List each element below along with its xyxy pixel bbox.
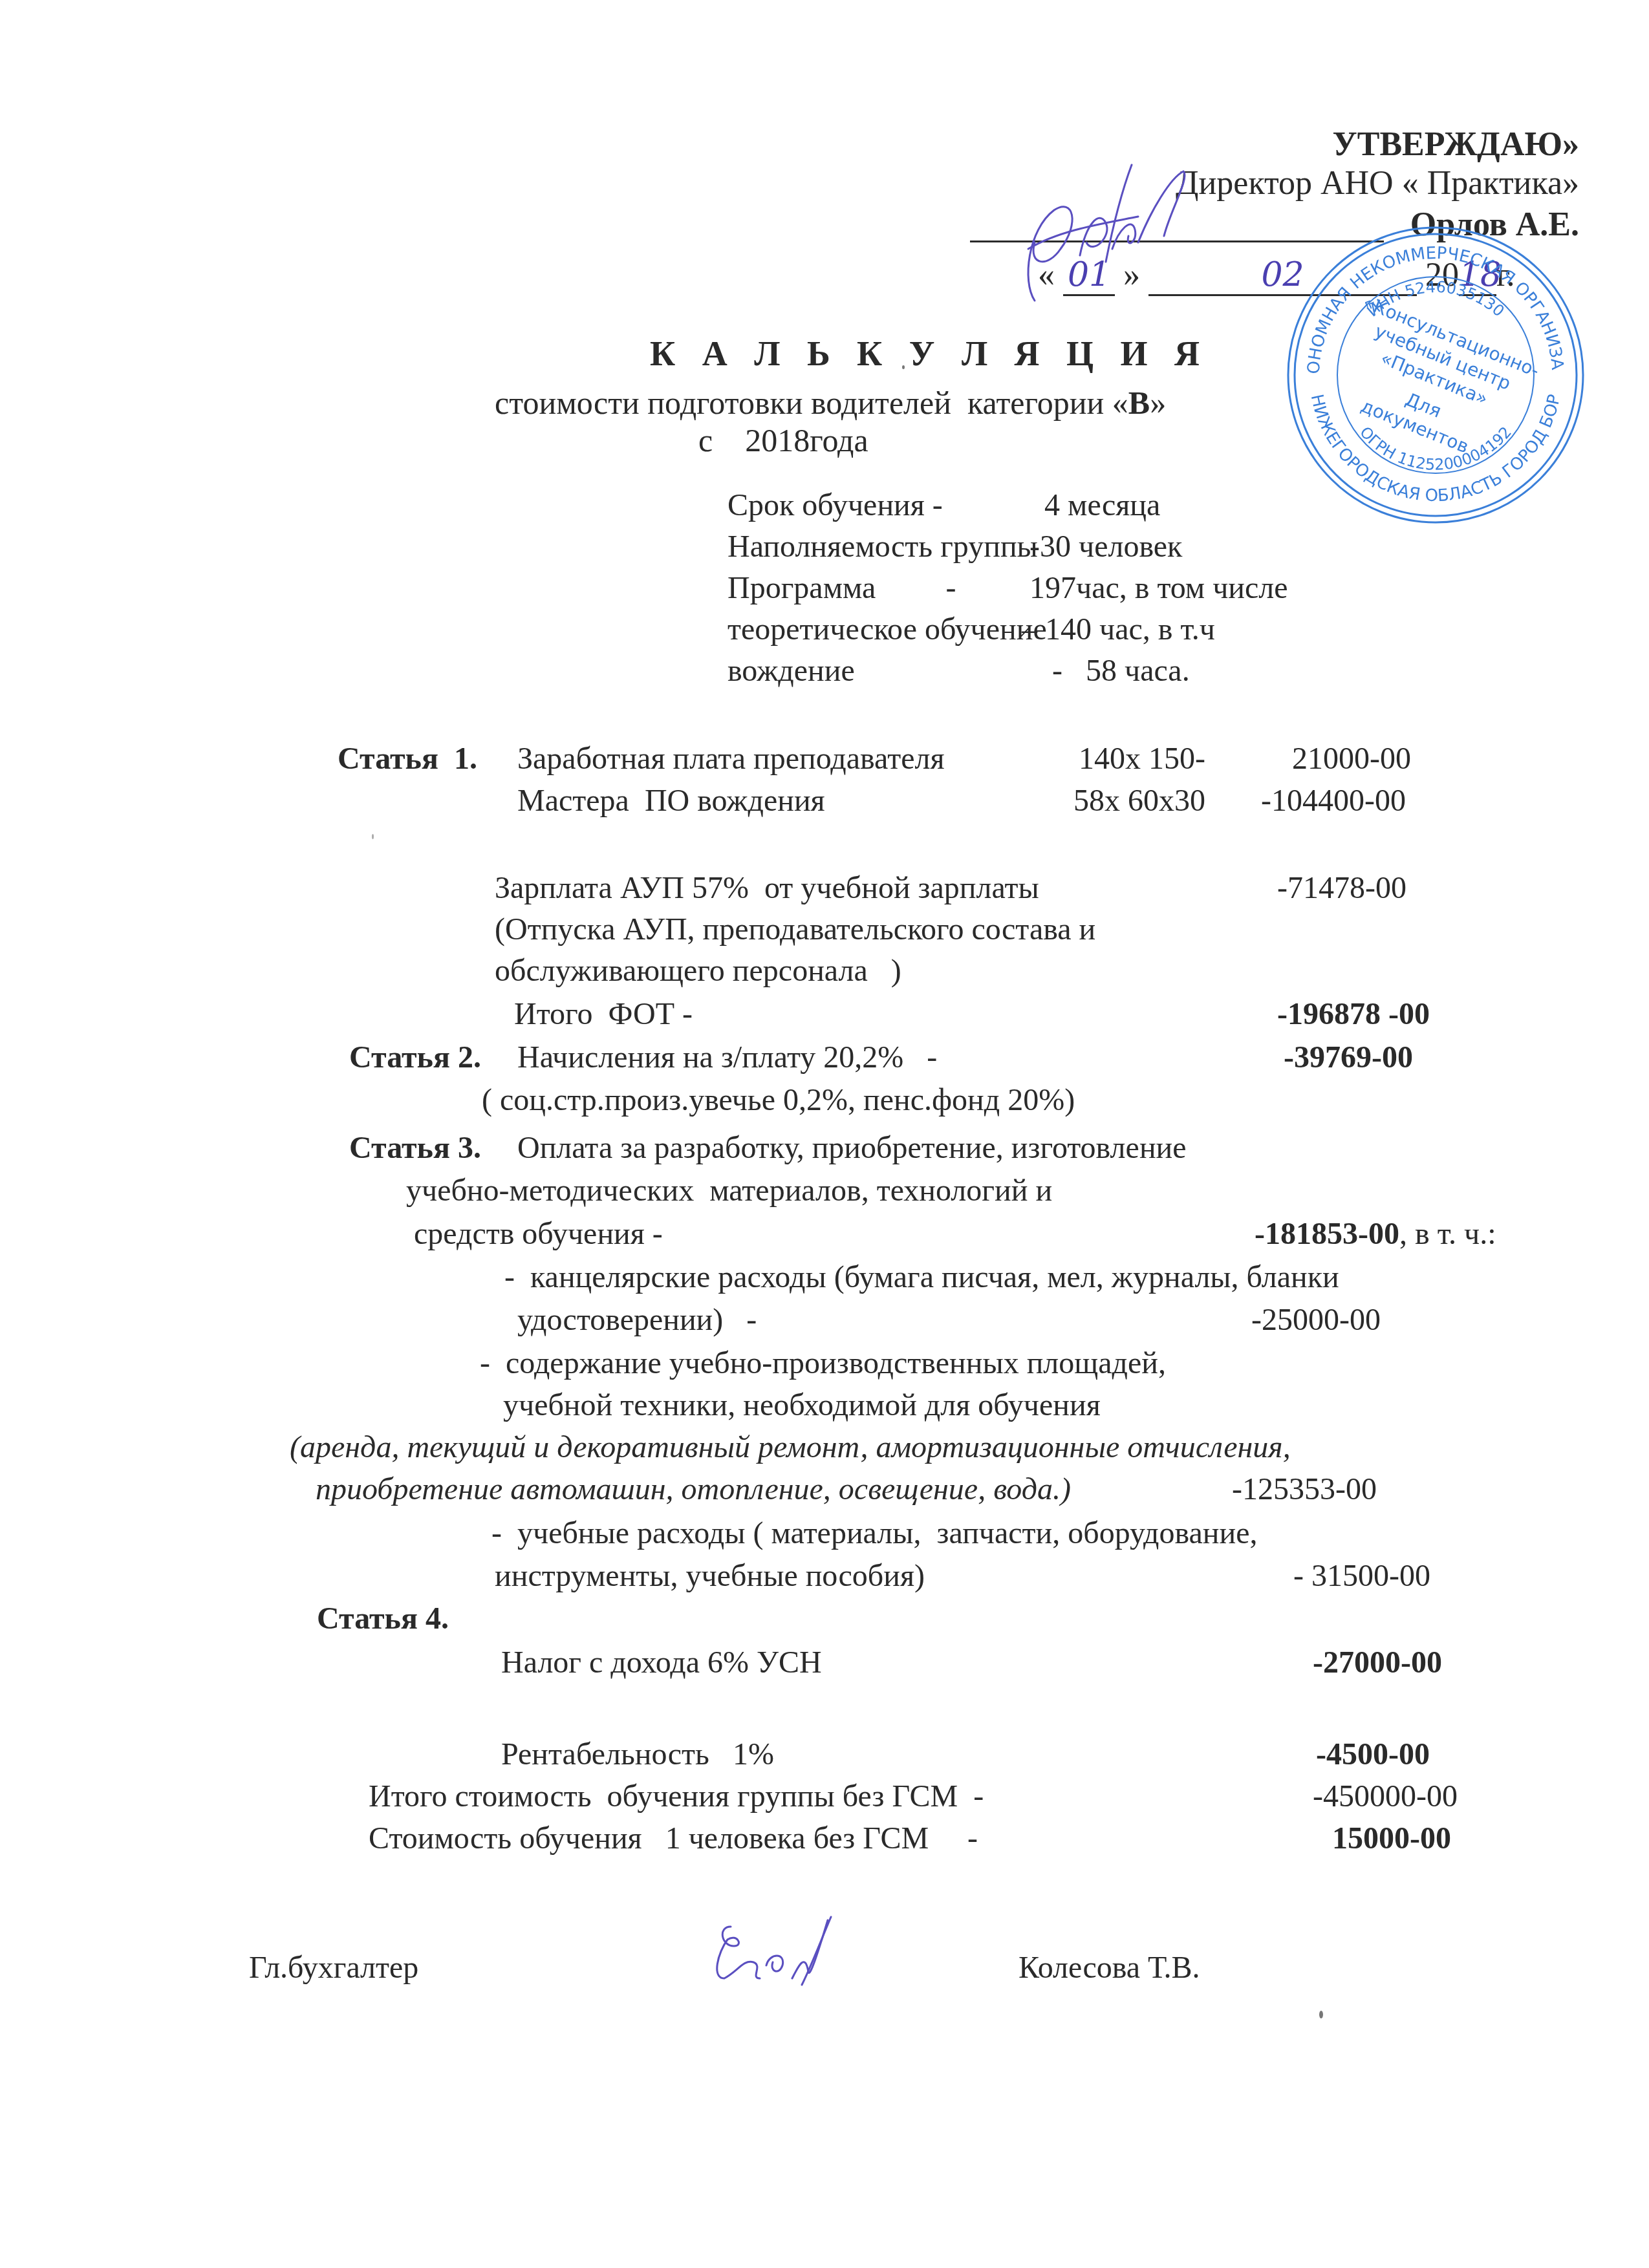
article-1-aup-label: Зарплата АУП 57% от учебной зарплаты	[495, 873, 1039, 904]
article-3-study-2: инструменты, учебные пособия)	[495, 1561, 925, 1592]
article-3-label: Статья 3.	[349, 1133, 481, 1164]
article-3-office-1: - канцелярские расходы (бумага писчая, м…	[504, 1262, 1339, 1293]
article-2-note: ( соц.стр.произ.увечье 0,2%, пенс.фонд 2…	[482, 1085, 1075, 1116]
param-value-theory: – 140 час, в т.ч	[1022, 614, 1215, 645]
param-label-duration: Срок обучения -	[727, 490, 943, 521]
approval-title: УТВЕРЖДАЮ»	[1333, 128, 1579, 162]
scan-speck	[372, 834, 374, 839]
footer-role: Гл.бухгалтер	[249, 1952, 418, 1984]
article-3-study-1: - учебные расходы ( материалы, запчасти,…	[491, 1518, 1257, 1549]
organization-stamp-icon: АВТОНОМНАЯ НЕКОММЕРЧЕСКАЯ ОРГАНИЗАЦИЯ НИ…	[1284, 223, 1588, 527]
article-3-amount: -181853-00, в т. ч.:	[1255, 1219, 1496, 1250]
scan-speck	[1319, 2011, 1323, 2018]
scan-speck	[902, 365, 905, 369]
article-1-aup-note-2: обслуживающего персонала )	[495, 956, 901, 987]
article-3-premises-amount: -125353-00	[1232, 1474, 1377, 1505]
document-title: К А Л Ь К У Л Я Ц И Я	[650, 336, 1209, 371]
article-1-label: Статья 1.	[338, 744, 477, 775]
footer-name: Колесова Т.В.	[1018, 1952, 1200, 1984]
article-3-text-3: средств обучения -	[414, 1219, 663, 1250]
article-3-premises-3: (аренда, текущий и декоративный ремонт, …	[290, 1432, 1291, 1463]
param-label-group-size: Наполняемость группы	[727, 531, 1038, 562]
article-3-office-2: удостоверении) -	[517, 1305, 757, 1336]
director-signature-icon	[1009, 152, 1196, 314]
param-label-program: Программа -	[727, 573, 956, 604]
article-4-profit-label: Рентабельность 1%	[501, 1739, 774, 1770]
article-3-study-amount: - 31500-00	[1293, 1561, 1430, 1592]
total-person-amount: 15000-00	[1332, 1823, 1451, 1854]
article-1-master-calc: 58х 60х30	[1073, 786, 1205, 817]
article-4-tax-label: Налог с дохода 6% УСН	[501, 1647, 822, 1678]
article-3-text-2: учебно-методических материалов, технолог…	[406, 1175, 1052, 1206]
param-value-group-size: -30 человек	[1029, 531, 1182, 562]
param-value-duration: 4 месяца	[1044, 490, 1160, 521]
article-2-amount: -39769-00	[1284, 1042, 1413, 1073]
article-1-total-amount: -196878 -00	[1277, 999, 1430, 1030]
article-1-aup-note-1: (Отпуска АУП, преподавательского состава…	[495, 914, 1095, 945]
document-subtitle: стоимости подготовки водителей категории…	[495, 387, 1166, 419]
article-3-text-1: Оплата за разработку, приобретение, изго…	[517, 1133, 1187, 1164]
article-2-text: Начисления на з/плату 20,2% -	[517, 1042, 937, 1073]
total-person-label: Стоимость обучения 1 человека без ГСМ -	[369, 1823, 978, 1854]
total-group-label: Итого стоимость обучения группы без ГСМ …	[369, 1781, 984, 1812]
param-label-driving: вождение	[727, 656, 855, 687]
article-1-master-amount: -104400-00	[1261, 786, 1406, 817]
article-2-label: Статья 2.	[349, 1042, 481, 1073]
param-label-theory: теоретическое обучение	[727, 614, 1047, 645]
article-3-premises-1: - содержание учебно-производственных пло…	[480, 1348, 1166, 1379]
article-3-premises-2: учебной техники, необходимой для обучени…	[503, 1390, 1101, 1421]
article-1-teacher-label: Заработная плата преподавателя	[517, 744, 945, 775]
param-value-program: 197час, в том числе	[1029, 573, 1288, 604]
article-4-label: Статья 4.	[317, 1603, 449, 1634]
approval-position: Директор АНО « Практика»	[1176, 167, 1579, 200]
article-1-total-label: Итого ФОТ -	[514, 999, 693, 1030]
accountant-signature-icon	[705, 1914, 860, 1991]
article-1-teacher-amount: 21000-00	[1292, 744, 1411, 775]
total-group-amount: -450000-00	[1313, 1781, 1458, 1812]
article-4-tax-amount: -27000-00	[1313, 1647, 1442, 1678]
param-value-driving: - 58 часа.	[1052, 656, 1190, 687]
article-1-aup-amount: -71478-00	[1277, 873, 1406, 904]
document-since: с 2018года	[698, 424, 868, 456]
article-4-profit-amount: -4500-00	[1316, 1739, 1430, 1770]
article-3-premises-4: приобретение автомашин, отопление, освещ…	[316, 1474, 1071, 1505]
article-3-office-amount: -25000-00	[1251, 1305, 1381, 1336]
article-1-teacher-calc: 140х 150-	[1079, 744, 1205, 775]
article-1-master-label: Мастера ПО вождения	[517, 786, 825, 817]
